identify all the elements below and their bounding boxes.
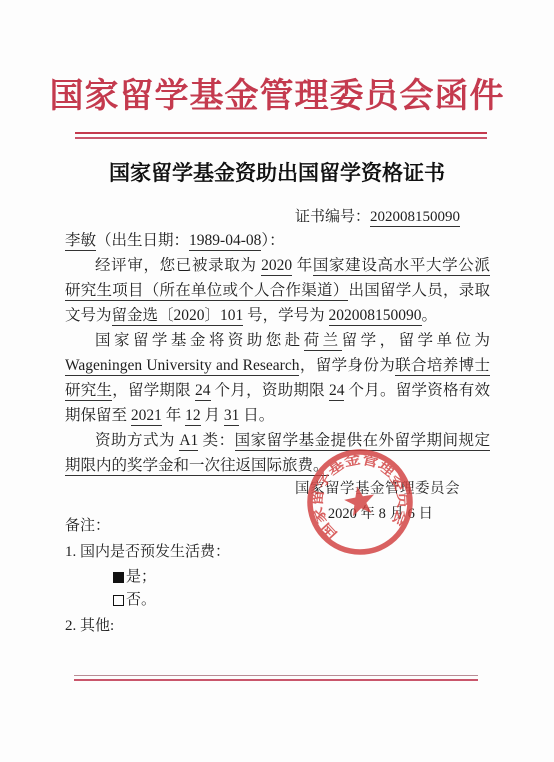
signature-organization: 国家留学基金管理委员会 [295, 477, 460, 498]
body-line: 期限内的奖学金和一次往返国际旅费。 [65, 453, 490, 478]
body-line: 资助方式为 A1 类：国家留学基金提供在外留学期间规定 [65, 428, 490, 453]
checkbox-no-icon [113, 595, 124, 606]
body-line: 研究生，留学期限 24 个月，资助期限 24 个月。留学资格有效 [65, 378, 490, 403]
letter-body: 李敏（出生日期：1989-04-08）：经评审，您已被录取为 2020 年国家建… [65, 228, 490, 478]
signature-date: 2020 年 8 月 6 日 [328, 502, 433, 523]
option-no-label: 否。 [126, 589, 156, 612]
option-yes-row: 是； [113, 566, 230, 589]
body-line: 研究生项目（所在单位或个人合作渠道）出国留学人员，录取 [65, 278, 490, 303]
option-no-row: 否。 [113, 589, 230, 612]
header-divider-line [75, 132, 487, 139]
body-line: 李敏（出生日期：1989-04-08）： [65, 228, 490, 253]
remarks-section: 备注： 1. 国内是否预发生活费： 是； 否。 2. 其他: [65, 515, 230, 638]
option-yes-label: 是； [126, 566, 156, 589]
body-line: 国家留学基金将资助您赴荷兰留学，留学单位为 [65, 328, 490, 353]
remarks-heading: 备注： [65, 515, 230, 538]
body-line: 经评审，您已被录取为 2020 年国家建设高水平大学公派 [65, 253, 490, 278]
remarks-item-living-allowance: 1. 国内是否预发生活费： [65, 541, 230, 564]
body-line: 文号为留金选〔2020〕101 号，学号为 202008150090。 [65, 303, 490, 328]
scanned-certificate-page: 国家留学基金管理委员会函件 国家留学基金资助出国留学资格证书 证书编号：2020… [0, 0, 554, 762]
certificate-number-line: 证书编号：202008150090 [295, 205, 460, 226]
letterhead-title: 国家留学基金管理委员会函件 [0, 68, 554, 117]
footer-divider-line [74, 675, 478, 681]
body-line: Wageningen University and Research，留学身份为… [65, 353, 490, 378]
body-line: 期保留至 2021 年 12 月 31 日。 [65, 403, 490, 428]
checkbox-yes-icon [113, 572, 124, 583]
certificate-number-label: 证书编号： [295, 209, 370, 225]
remarks-item-other: 2. 其他: [65, 615, 230, 638]
certificate-number-value: 202008150090 [370, 209, 460, 227]
document-title: 国家留学基金资助出国留学资格证书 [0, 157, 554, 187]
